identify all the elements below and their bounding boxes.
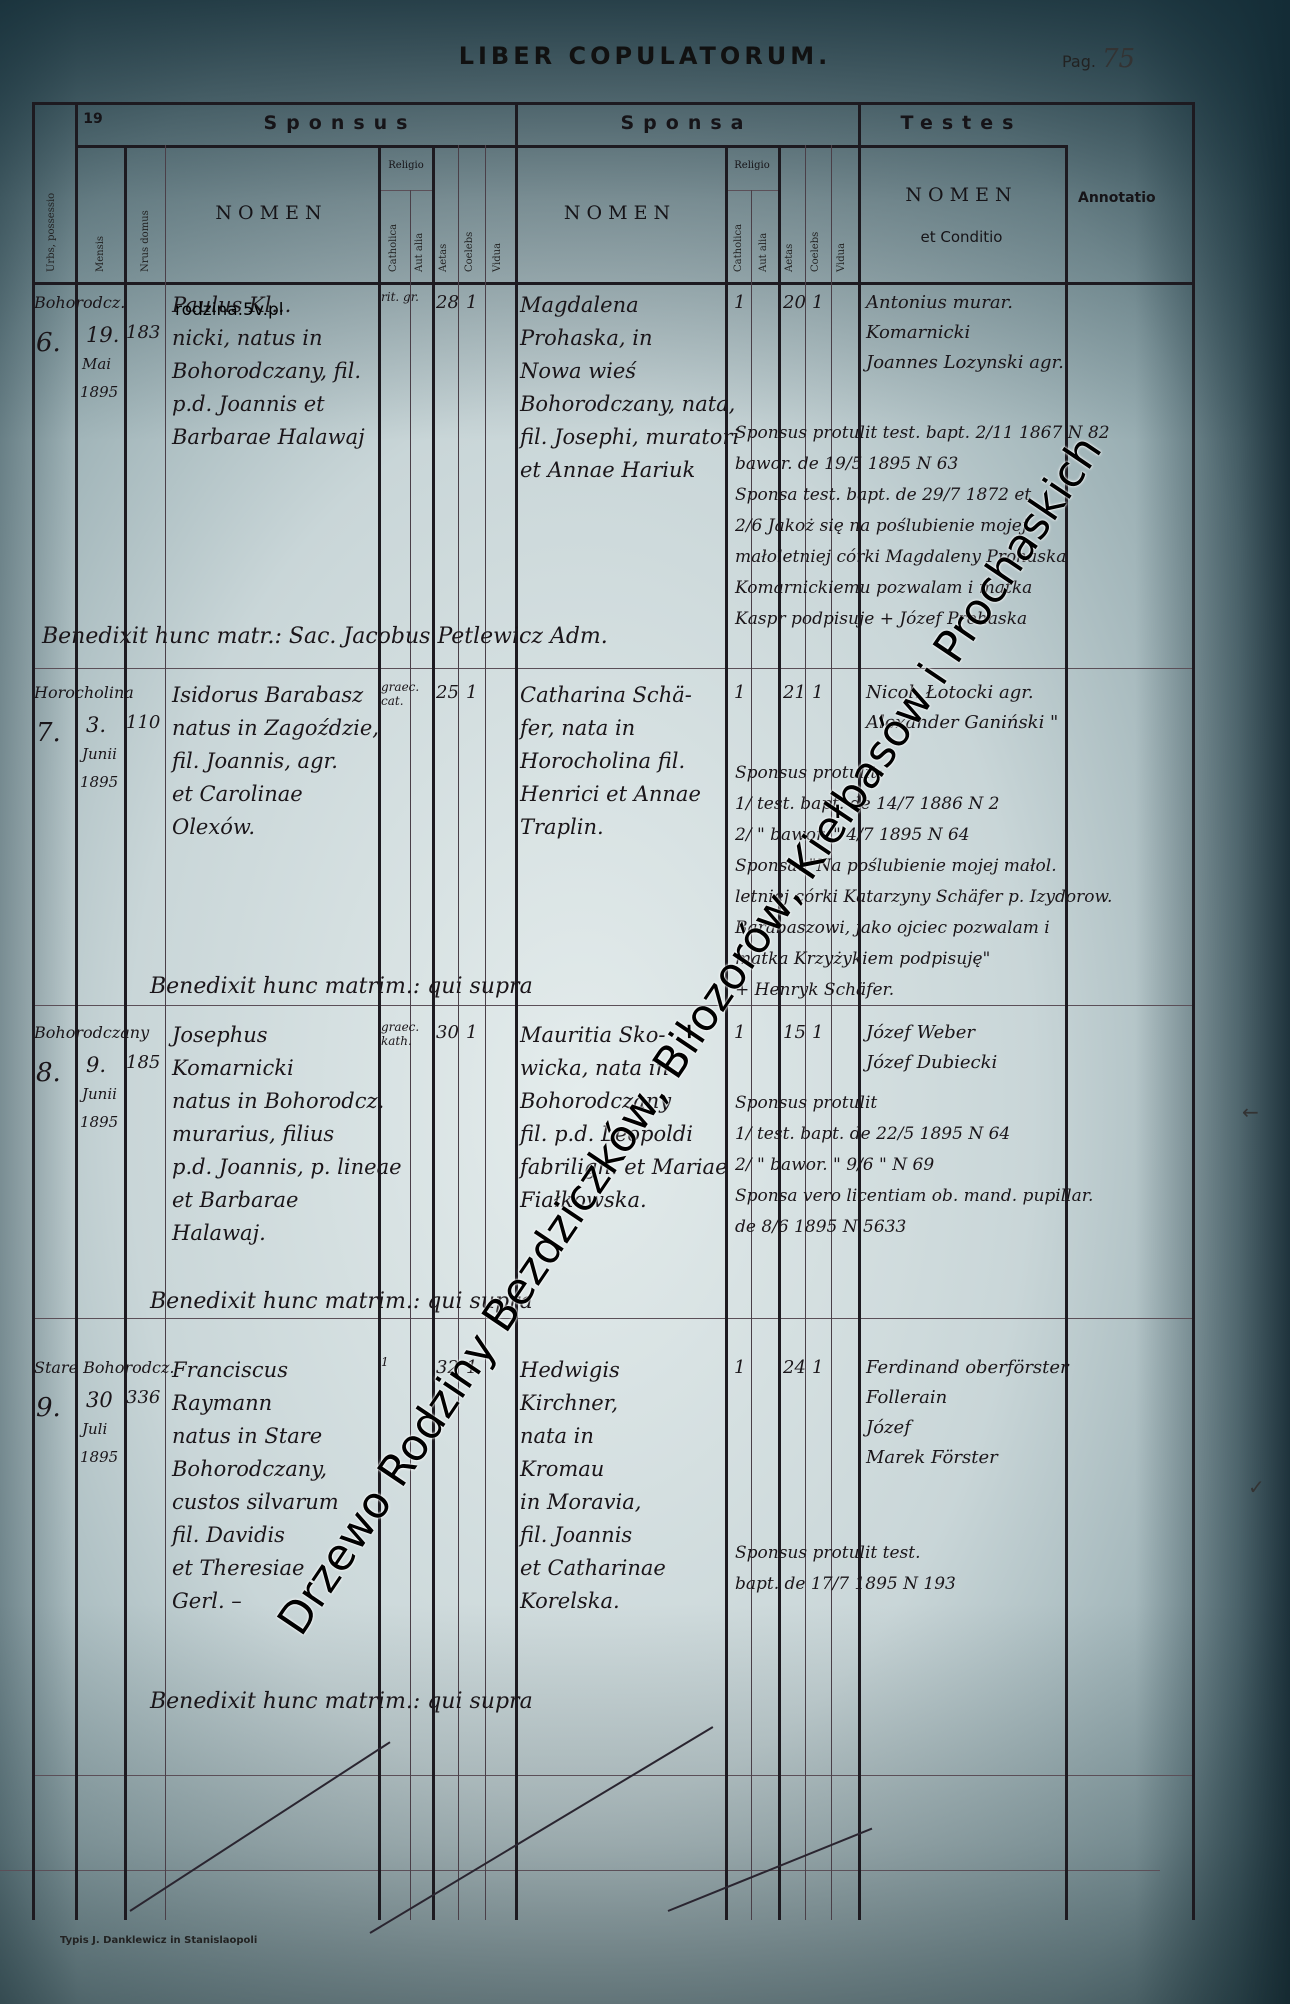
sponsus-name-line: natus in Zagoździe, [172,713,379,744]
sponsus-name-line: natus in Bohorodcz. [172,1086,384,1117]
witness-line: Nicol. Łotocki agr. [866,680,1034,706]
sponsus-age: 25 [436,680,459,706]
religio-divider [378,190,433,191]
sponsus-name-line: fil. Davidis [172,1520,285,1551]
row-divider-6-7 [32,668,1192,669]
col-line-cath [410,190,411,1920]
sponsus-age: 32 [436,1355,459,1381]
sponsa-name-line: Bohorodczany, nata, [520,389,735,420]
entry-day: 30 [86,1385,113,1416]
row-divider-blank [0,1870,1160,1871]
entry-locality: Stare Bohorodcz. [34,1355,174,1381]
sponsa-name-line: wicka, nata in [520,1053,669,1084]
sponsa-name-line: Fiałkowska. [520,1185,647,1216]
sponsa-name-line: Korelska. [520,1586,620,1617]
page-number: Pag.75 [1062,44,1135,74]
sponsus-name-line: custos silvarum [172,1487,339,1518]
sponsa-age: 21 [783,680,806,706]
entry-note-line: 2/6 Jakoż się na poślubienie mojej [735,513,1027,539]
sponsus-name-line: Bohorodczany, [172,1454,327,1485]
witness-line: Joannes Lozynski agr. [866,350,1064,376]
sponsus-name-line: et Theresiae [172,1553,304,1584]
header-sponsa-coelebs: Coelebs [810,232,821,272]
col-line-sponsus-sponsa [515,102,518,1920]
header-testes-conditio: et Conditio [858,228,1065,246]
witness-line: Antonius murar. [866,290,1013,316]
header-sponsa-catholica: Catholica [733,224,744,272]
entry-note-line: Sponsus protulit [735,1090,877,1116]
entry-note-line: małoletniej córki Magdaleny Prohaska [735,544,1066,570]
entry-number: 9. [36,1393,61,1423]
entry-day: 9. [86,1050,106,1081]
sponsus-age: 28 [436,290,459,316]
benedixit-line: Benedixit hunc matrim.: qui supra [150,974,533,999]
entry-month: Junii [82,742,117,766]
sponsa-name-line: Prohaska, in [520,323,652,354]
sponsa-catholica: 1 [734,290,745,316]
sponsa-name-line: fil. p.d. Leopoldi [520,1119,693,1150]
header-sponsa-aut-alia: Aut alia [758,233,769,272]
entry-note-line: bawor. de 19/5 1895 N 63 [735,451,958,477]
header-testes-nomen: NOMEN [858,184,1065,206]
entry-house: 185 [126,1050,160,1076]
header-sponsa-vidua: Vidua [836,243,847,272]
entry-note-line: matka Krzyżykiem podpisuję" [735,946,990,972]
col-line-urbs [75,102,78,1920]
benedixit-line: Benedixit hunc matr.: Sac. Jacobus Petle… [42,624,608,649]
cancel-stroke [129,1741,390,1912]
entry-note-line: 2/ " bawor. " 9/6 " N 69 [735,1152,934,1178]
sponsus-name-line: natus in Stare [172,1421,322,1452]
sponsa-age: 20 [783,290,806,316]
sponsa-catholica: 1 [734,1020,745,1046]
page-label: Pag. [1062,52,1096,71]
entry-house: 336 [126,1385,160,1411]
header-sponsus-nomen: NOMEN [165,202,378,224]
entry-note-line: Sponsa: "Na poślubienie mojej małol. [735,853,1057,879]
sponsus-religion: graec. cat. [381,680,431,708]
benedixit-line: Benedixit hunc matrim.: qui supra [150,1689,533,1714]
sponsus-name-line: Raymann [172,1388,272,1419]
sponsus-name-line: Komarnicki [172,1053,294,1084]
entry-note-line: Sponsus protulit test. [735,1540,921,1566]
sponsus-name-line: Isidorus Barabasz [172,680,363,711]
sponsa-name-line: Mauritia Sko- [520,1020,666,1051]
sponsus-name-line: Olexów. [172,812,255,843]
sponsa-coelebs: 1 [812,680,823,706]
sponsa-name-line: fil. Joannis [520,1520,632,1551]
cancel-stroke [369,1726,713,1934]
sponsus-name-line: p.d. Joannis, p. lineae [172,1152,402,1183]
entry-note-line: 1/ test. bapt. de 14/7 1886 N 2 [735,791,999,817]
header-sponsa-aetas: Aetas [784,244,795,272]
col-line-sponsa-coelebs [831,145,832,1920]
religio-divider-sponsa [725,190,779,191]
header-sponsus-aut-alia: Aut alia [414,233,425,272]
sponsus-name-line: murarius, filius [172,1119,334,1150]
sponsus-name-line: et Carolinae [172,779,303,810]
sponsa-age: 24 [783,1355,806,1381]
entry-year: 1895 [80,770,118,794]
sponsus-name-line: nicki, natus in [172,323,323,354]
header-annotatio: Annotatio [1078,190,1156,206]
header-sponsa-nomen: NOMEN [515,202,725,224]
header-sponsa: Sponsa [515,112,858,134]
header-domus: Nrus domus [140,210,151,272]
header-sponsus-coelebs: Coelebs [464,232,475,272]
sponsus-coelebs: 1 [466,680,477,706]
sponsus-name-line: Bohorodczany, fil. [172,356,361,387]
entry-note-line: Sponsa test. bapt. de 29/7 1872 et [735,482,1031,508]
sponsus-religion: rit. gr. [381,290,431,304]
sponsus-name-line: et Barbarae [172,1185,298,1216]
entry-month: Mai [82,352,111,376]
col-line-religio [432,145,435,1920]
col-line-sponsa-cath [751,190,752,1920]
sponsa-name-line: et Annae Hariuk [520,455,695,486]
sponsa-name-line: in Moravia, [520,1487,641,1518]
sponsus-coelebs: 1 [466,290,477,316]
entry-day: 3. [86,710,106,741]
entry-note-line: Sponsus protulit: [735,760,883,786]
entry-note-line: Sponsus protulit test. bapt. 2/11 1867 N… [735,420,1110,446]
header-bottom-border [32,282,1192,285]
entry-month: Junii [82,1082,117,1106]
sponsa-name-line: Kirchner, [520,1388,618,1419]
sponsus-name-line: fil. Joannis, agr. [172,746,338,777]
sponsa-name-line: Hedwigis [520,1355,620,1386]
entry-note-line: Kaspr podpisuje + Józef Prohaska [735,606,1027,632]
entry-locality: Horocholina [34,680,134,706]
sponsus-name-line: Barbarae Halawaj [172,422,365,453]
witness-line: Józef Weber [866,1020,975,1046]
page-number-value: 75 [1102,44,1135,74]
sponsa-age: 15 [783,1020,806,1046]
row-divider-7-8 [32,1005,1192,1006]
entry-house: 183 [126,320,160,346]
witness-line: Marek Förster [866,1445,998,1471]
witness-line: Józef Dubiecki [866,1050,997,1076]
header-testes: Testes [858,112,1065,134]
col-line-sponsa-religio [778,145,781,1920]
sponsa-name-line: fer, nata in [520,713,635,744]
year-label: 19 [78,114,108,125]
col-line-sponsa-testes [858,102,861,1920]
sponsa-catholica: 1 [734,1355,745,1381]
entry-note-line: 1/ test. bapt. de 22/5 1895 N 64 [735,1121,1010,1147]
sponsa-name-line: Catharina Schä- [520,680,692,711]
header-sponsus-aetas: Aetas [438,244,449,272]
check-mark-icon: ✓ [1248,1475,1265,1499]
left-arrow-icon: ← [1242,1100,1259,1124]
witness-line: Follerain [866,1385,947,1411]
sponsa-name-line: fil. Josephi, muratori [520,422,739,453]
sponsus-coelebs: 1 [466,1020,477,1046]
header-sponsus-religio: Religio [380,160,432,171]
col-line-left [32,102,35,1920]
sponsus-coelebs: 1 [466,1355,477,1381]
row-divider-8-9 [32,1318,1192,1319]
benedixit-line: Benedixit hunc matrim.: qui supra [150,1289,533,1314]
table-top-border [32,102,1192,105]
entry-number: 6. [36,328,61,358]
header-sponsus-vidua: Vidua [492,243,503,272]
sponsa-name-line: nata in [520,1421,594,1452]
entry-locality: Bohorodczany [34,1020,149,1046]
sponsa-name-line: Traplin. [520,812,604,843]
sponsa-coelebs: 1 [812,1355,823,1381]
header-sponsa-religio: Religio [727,160,777,171]
entry-note-line: bapt. de 17/7 1895 N 193 [735,1571,956,1597]
sponsa-catholica: 1 [734,680,745,706]
col-line-coelebs [485,145,486,1920]
sponsus-name-line: Halawaj. [172,1218,266,1249]
header-mensis: Mensis [95,236,106,272]
entry-year: 1895 [80,1445,118,1469]
sponsus-name-line: p.d. Joannis et [172,389,325,420]
witness-line: Alexander Ganiński " [866,710,1058,736]
sponsa-name-line: Bohorodczany [520,1086,671,1117]
entry-house: 110 [126,710,160,736]
entry-day: 19. [86,320,119,351]
witness-line: Komarnicki [866,320,970,346]
header-urbs: Urbs, possessio [46,193,57,272]
entry-note-line: de 8/6 1895 N 5633 [735,1214,906,1240]
entry-month: Juli [82,1417,107,1441]
sponsus-name-line: Josephus [172,1020,268,1051]
sponsa-name-line: fabrilign. et Mariae [520,1152,728,1183]
entry-year: 1895 [80,1110,118,1134]
entry-note-line: Komarnickiemu pozwalam i matka [735,575,1032,601]
header-sponsus-catholica: Catholica [388,224,399,272]
witness-line: Ferdinand oberförster [866,1355,1069,1381]
row-divider-9-end [32,1775,1192,1776]
sponsa-name-line: Magdalena [520,290,639,321]
entry-locality: Bohorodcz. [34,290,125,316]
sponsus-religion: 1 [381,1355,431,1369]
sponsus-religion: graec. kath. [381,1020,431,1048]
entry-note-line: letniej córki Katarzyny Schäfer p. Izydo… [735,884,1112,910]
sponsa-name-line: Nowa wieś [520,356,636,387]
col-line-domus [165,145,166,1920]
sponsa-name-line: Horocholina fil. [520,746,685,777]
site-watermark: rodzina.5v.pl [175,300,284,320]
sponsus-name-line: Gerl. – [172,1586,242,1617]
sponsa-name-line: et Catharinae [520,1553,666,1584]
witness-line: Józef [866,1415,911,1441]
sponsa-coelebs: 1 [812,1020,823,1046]
entry-note-line: 2/ " bawor. " 4/7 1895 N 64 [735,822,970,848]
sponsus-age: 30 [436,1020,459,1046]
sponsa-name-line: Henrici et Annae [520,779,701,810]
header-section-divider [75,145,1065,148]
entry-year: 1895 [80,380,118,404]
entry-note-line: Barabaszowi, jako ojciec pozwalam i [735,915,1050,941]
entry-number: 8. [36,1058,61,1088]
sponsa-coelebs: 1 [812,290,823,316]
col-line-right [1192,102,1195,1920]
entry-note-line: + Henryk Schäfer. [735,977,894,1003]
sponsa-name-line: Kromau [520,1454,604,1485]
entry-number: 7. [36,718,61,748]
printer-imprint: Typis J. Danklewicz in Stanislaopoli [60,1935,257,1946]
sponsus-name-line: Franciscus [172,1355,288,1386]
entry-note-line: Sponsa vero licentiam ob. mand. pupillar… [735,1183,1093,1209]
col-line-testes-annotatio [1065,145,1068,1920]
header-sponsus: Sponsus [165,112,515,134]
